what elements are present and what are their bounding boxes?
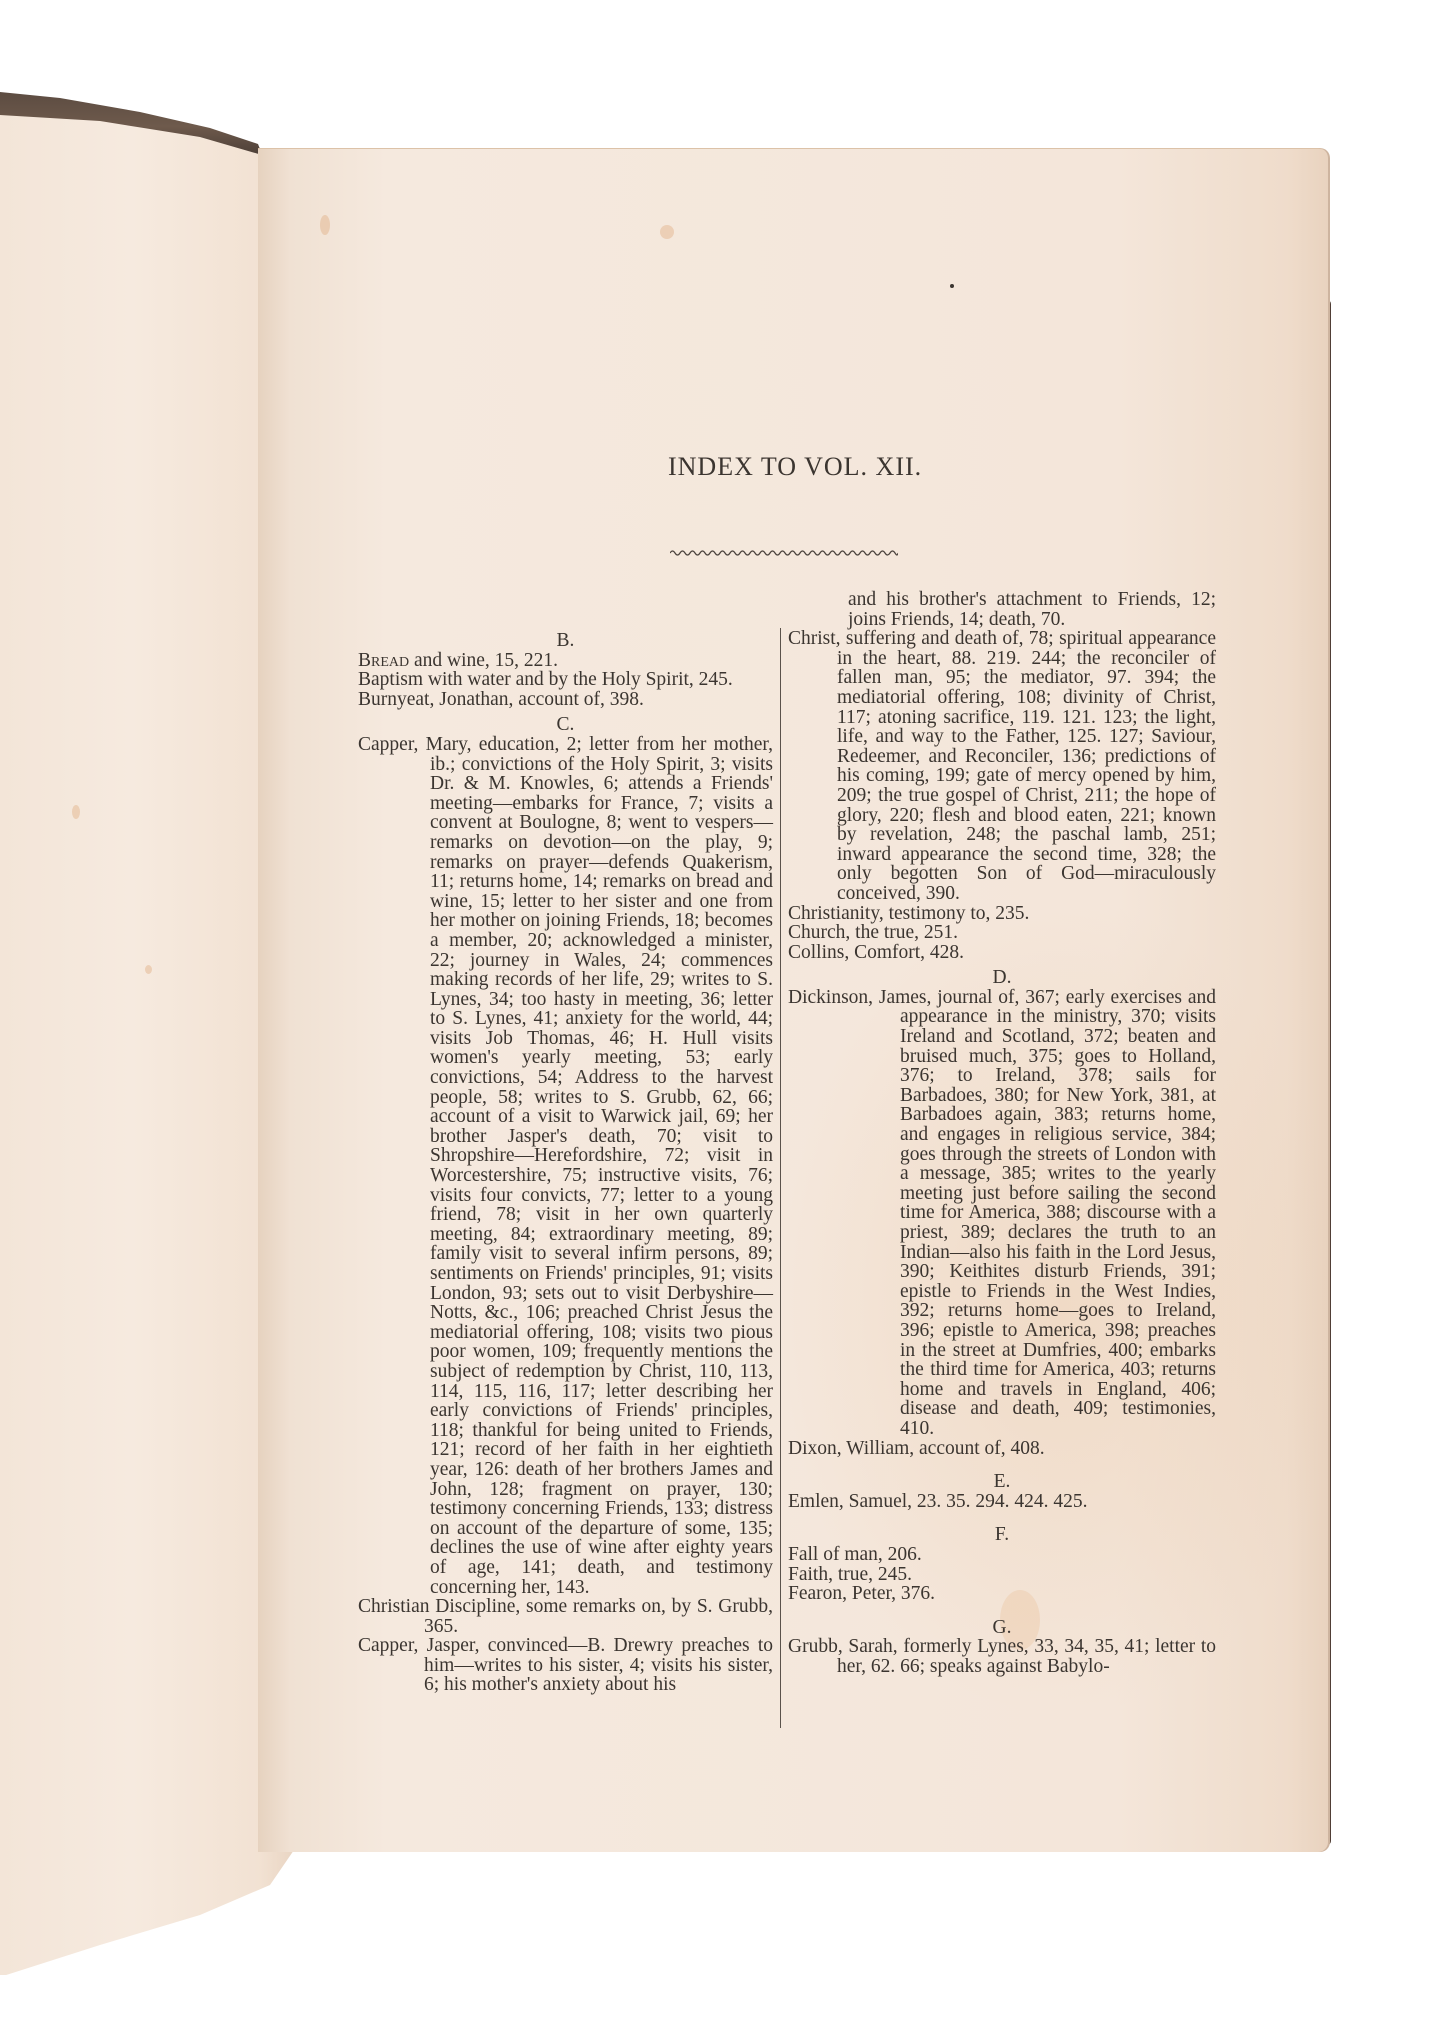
index-entry: Baptism with water and by the Holy Spiri… xyxy=(358,670,773,690)
index-column-right: and his brother's attachment to Friends,… xyxy=(788,590,1216,1676)
spacer xyxy=(788,1604,1216,1612)
index-entry-continuation: and his brother's attachment to Friends,… xyxy=(788,590,1216,629)
section-letter-e: E. xyxy=(788,1466,1216,1492)
index-entry: Fall of man, 206. xyxy=(788,1545,1216,1565)
section-letter-f: F. xyxy=(788,1519,1216,1545)
index-entry: Burnyeat, Jonathan, account of, 398. xyxy=(358,690,773,710)
index-entry: Collins, Comfort, 428. xyxy=(788,943,1216,963)
index-entry: Emlen, Samuel, 23. 35. 294. 424. 425. xyxy=(788,1492,1216,1512)
index-entry: Christian Discipline, some remarks on, b… xyxy=(358,1597,773,1636)
index-entry: Church, the true, 251. xyxy=(788,923,1216,943)
index-entry: Fearon, Peter, 376. xyxy=(788,1584,1216,1604)
section-letter-g: G. xyxy=(788,1612,1216,1638)
wavy-rule-ornament xyxy=(670,548,898,558)
index-entry: Capper, Mary, education, 2; letter from … xyxy=(358,735,773,1597)
section-letter-b: B. xyxy=(358,625,773,651)
index-entry: Bread and wine, 15, 221. xyxy=(358,651,773,671)
index-entry: Christianity, testimony to, 235. xyxy=(788,904,1216,924)
foxing-spot xyxy=(320,215,330,235)
left-page xyxy=(0,115,294,1975)
section-letter-c: C. xyxy=(358,709,773,735)
index-entry: Dixon, William, account of, 408. xyxy=(788,1439,1216,1459)
index-entry: Grubb, Sarah, formerly Lynes, 33, 34, 35… xyxy=(788,1637,1216,1676)
spacer xyxy=(788,1511,1216,1519)
entry-head-smallcaps: Bread xyxy=(358,650,409,671)
section-letter-d: D. xyxy=(788,962,1216,988)
foxing-spot xyxy=(660,225,674,239)
spacer xyxy=(788,1458,1216,1466)
foxing-spot xyxy=(72,805,80,819)
page-title: INDEX TO VOL. XII. xyxy=(668,452,900,482)
foxing-spot xyxy=(145,965,152,974)
index-entry: Christ, suffering and death of, 78; spir… xyxy=(788,629,1216,903)
index-entry: Capper, Jasper, convinced—B. Drewry prea… xyxy=(358,1636,773,1695)
entry-text: and wine, 15, 221. xyxy=(409,650,558,671)
index-column-left: B. Bread and wine, 15, 221. Baptism with… xyxy=(358,625,773,1695)
index-entry: Faith, true, 245. xyxy=(788,1565,1216,1585)
column-divider xyxy=(780,628,781,1728)
index-entry: Dickinson, James, journal of, 367; early… xyxy=(788,988,1216,1439)
ink-dot xyxy=(950,284,954,288)
